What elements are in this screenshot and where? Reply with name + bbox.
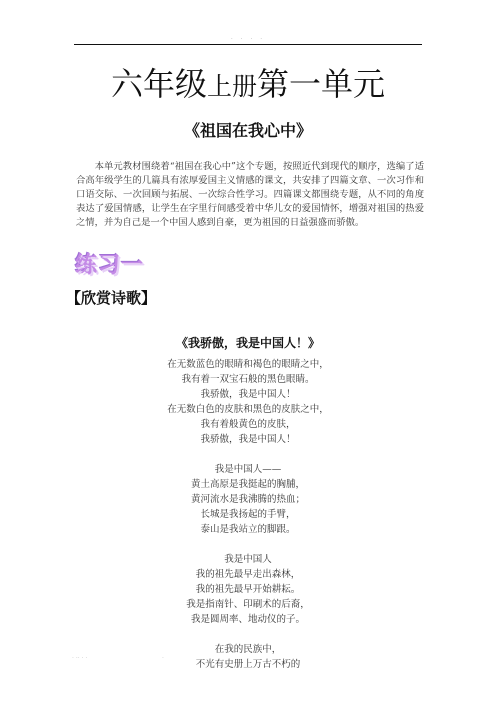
poem-line: 我是中国人 <box>0 552 496 567</box>
poem-body: 在无数蓝色的眼睛和褐色的眼睛之中， 我有着一双宝石般的黑色眼睛。 我骄傲，我是中… <box>0 357 496 687</box>
poem-stanza: 我是中国人 我的祖先最早走出森林， 我的祖先最早开始耕耘。 我是指南针、印刷术的… <box>0 552 496 627</box>
footer-right-mark: · <box>162 655 164 662</box>
poem-line: 我是圆周率、地动仪的子。 <box>0 612 496 627</box>
title-part: 六 <box>111 65 143 103</box>
poem-line: 在无数蓝色的眼睛和褐色的眼睛之中， <box>0 357 496 372</box>
intro-paragraph: 本单元教材围绕着“祖国在我心中”这个专题，按照近代到现代的顺序，选编了适合高年级… <box>76 160 424 230</box>
title-part: 第一单 <box>257 65 353 103</box>
section-heading: 【欣赏诗歌】 <box>66 287 156 308</box>
poem-line: 我的祖先最早走出森林， <box>0 567 496 582</box>
poem-line: 我是中国人—— <box>0 462 496 477</box>
poem-line: 我有着般黄色的皮肤， <box>0 417 496 432</box>
poem-stanza: 我是中国人—— 黄土高原是我挺起的胸脯， 黄河流水是我沸腾的热血； 长城是我扬起… <box>0 462 496 537</box>
poem-line: 我骄傲，我是中国人！ <box>0 387 496 402</box>
poem-line: 我骄傲，我是中国人！ <box>0 432 496 447</box>
poem-stanza: 在无数蓝色的眼睛和褐色的眼睛之中， 我有着一双宝石般的黑色眼睛。 我骄傲，我是中… <box>0 357 496 447</box>
title-part: 元 <box>353 65 385 103</box>
exercise-heading: 练习一 <box>75 248 144 279</box>
unit-subtitle: 《祖国在我心中》 <box>0 118 496 141</box>
header-rule <box>74 44 422 45</box>
poem-line: 我的祖先最早开始耕耘。 <box>0 582 496 597</box>
poem-line: 长城是我扬起的手臂， <box>0 507 496 522</box>
poem-line: 黄土高原是我挺起的胸脯， <box>0 477 496 492</box>
poem-line: 黄河流水是我沸腾的热血； <box>0 492 496 507</box>
poem-line: 泰山是我站立的脚跟。 <box>0 522 496 537</box>
title-part: 上册 <box>207 72 257 101</box>
poem-title: 《我骄傲，我是中国人！》 <box>0 334 496 351</box>
poem-line: 我有着一双宝石般的黑色眼睛。 <box>0 372 496 387</box>
poem-line: 在无数白色的皮肤和黑色的皮肤之中， <box>0 402 496 417</box>
page-title: 六年级上册第一单元 <box>0 62 496 109</box>
poem-line: 我是指南针、印刷术的后裔， <box>0 597 496 612</box>
title-part: 年级 <box>143 65 207 103</box>
footer-left-marks: · ·· · · <box>72 655 87 662</box>
page-footer-marks: · ·· · · · <box>72 655 87 662</box>
page-header-marks: · · · · <box>0 36 496 43</box>
